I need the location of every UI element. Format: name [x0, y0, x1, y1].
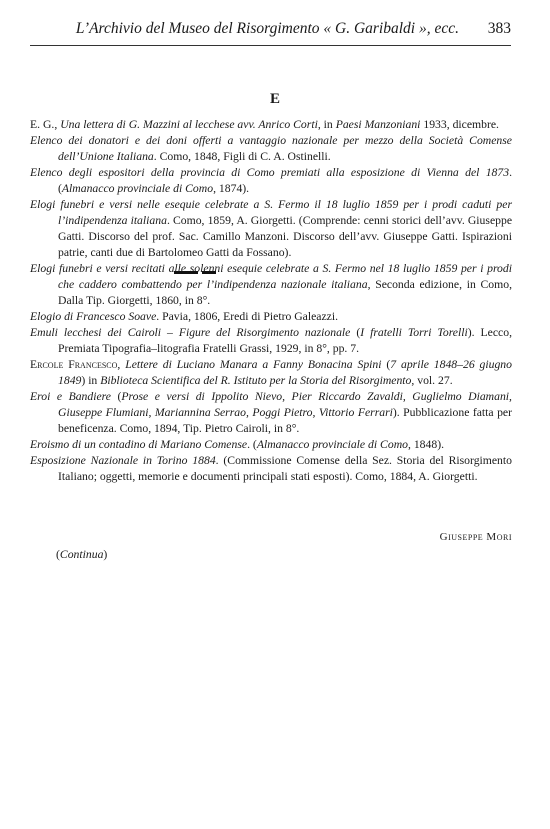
- entry-title-text: Lettere di Luciano Manara a Fanny Bonaci…: [125, 358, 381, 371]
- bibliography-entry: Elogi funebri e versi recitati alle sole…: [30, 261, 512, 309]
- entry-title-text: Almanacco provinciale di Como: [257, 438, 408, 451]
- continued-word: Continua: [60, 548, 104, 561]
- entry-text: (: [350, 326, 360, 339]
- entry-text: (: [382, 358, 391, 371]
- bibliography-entry: Esposizione Nazionale in Torino 1884. (C…: [30, 453, 512, 485]
- header-rule: [30, 45, 511, 46]
- bibliography-entry: Elenco dei donatori e dei doni offerti a…: [30, 133, 512, 165]
- running-header: L’Archivio del Museo del Risorgimento « …: [30, 20, 511, 40]
- entry-title-text: I fratelli Torri Torelli: [360, 326, 468, 339]
- redaction-mark: [174, 271, 198, 274]
- entry-text: . Pavia, 1806, Eredi di Pietro Galeazzi.: [156, 310, 338, 323]
- bibliography-entry: E. G., Una lettera di G. Mazzini al lecc…: [30, 117, 512, 133]
- entry-title-text: Almanacco provinciale di Como: [62, 182, 213, 195]
- entry-title-text: Biblioteca Scientifica del R. Istituto p…: [100, 374, 411, 387]
- bibliography-entry: Eroi e Bandiere (Prose e versi di Ippoli…: [30, 389, 512, 437]
- entry-title-text: Eroismo di un contadino di Mariano Comen…: [30, 438, 247, 451]
- running-title: L’Archivio del Museo del Risorgimento « …: [76, 20, 459, 38]
- entry-text: , in: [318, 118, 336, 131]
- entry-text: (: [111, 390, 121, 403]
- author-signature: Giuseppe Mori: [440, 531, 512, 543]
- bibliography-entry: Elogi funebri e versi nelle esequie cele…: [30, 197, 512, 261]
- bibliography-entry: Ercole Francesco, Lettere di Luciano Man…: [30, 357, 512, 389]
- bibliography-entry: Emuli lecchesi dei Cairoli – Figure del …: [30, 325, 512, 357]
- entry-text: . (: [247, 438, 257, 451]
- entry-text: , vol. 27.: [411, 374, 452, 387]
- entry-text: ) in: [81, 374, 100, 387]
- entry-title-text: Elenco degli espositori della provincia …: [30, 166, 509, 179]
- bibliography-list: E. G., Una lettera di G. Mazzini al lecc…: [30, 117, 512, 485]
- entry-text: , 1874).: [213, 182, 249, 195]
- redaction-mark: [202, 271, 216, 274]
- entry-title-text: Emuli lecchesi dei Cairoli – Figure del …: [30, 326, 350, 339]
- entry-title-text: Paesi Manzoniani: [336, 118, 421, 131]
- entry-title-text: Eroi e Bandiere: [30, 390, 111, 403]
- bibliography-entry: Elenco degli espositori della provincia …: [30, 165, 512, 197]
- bibliography-entry: Eroismo di un contadino di Mariano Comen…: [30, 437, 512, 453]
- continued-note: (Continua): [56, 548, 107, 561]
- entry-title-text: Elogio di Francesco Soave: [30, 310, 156, 323]
- entry-text: , 1848).: [408, 438, 444, 451]
- entry-title-text: Esposizione Nazionale in Torino 1884: [30, 454, 216, 467]
- bibliography-entry: Elogio di Francesco Soave. Pavia, 1806, …: [30, 309, 512, 325]
- entry-text: . Como, 1848, Figli di C. A. Ostinelli.: [154, 150, 331, 163]
- entry-text: 1933, dicembre.: [420, 118, 499, 131]
- page-number: 383: [488, 20, 511, 38]
- section-letter: E: [0, 91, 550, 108]
- entry-title-text: Una lettera di G. Mazzini al lecchese av…: [60, 118, 318, 131]
- entry-text: E. G.,: [30, 118, 60, 131]
- entry-author: Ercole Francesco: [30, 358, 117, 371]
